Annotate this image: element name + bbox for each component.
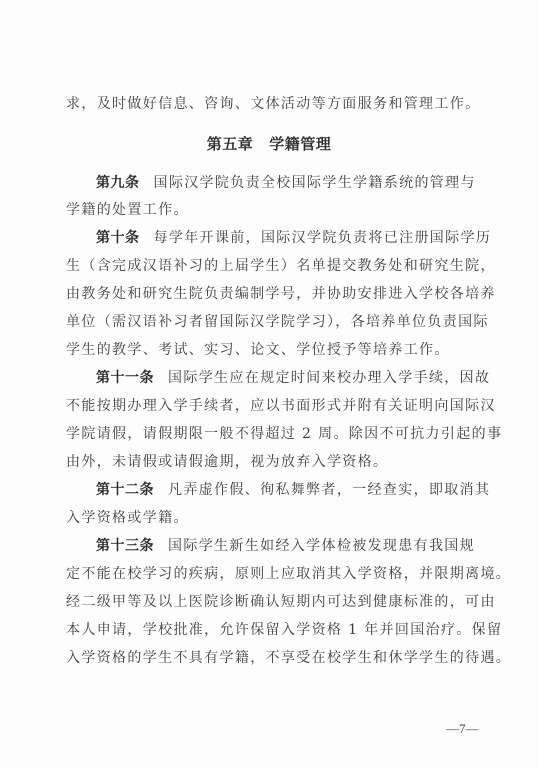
article-13-line-3: 经二级甲等及以上医院诊断确认短期内可达到健康标准的，可由: [66, 591, 476, 613]
article-9-line-2: 学籍的处置工作。: [66, 199, 476, 221]
article-10-line-4: 单位（需汉语补习者留国际汉学院学习），各培养单位负责国际: [66, 311, 476, 333]
article-text: 国际学生新生如经入学体检被发现患有我国规: [168, 538, 475, 554]
chapter-number: 第五章: [207, 135, 254, 153]
article-10-line-2: 生（含完成汉语补习的上届学生）名单提交教务处和研究生院，: [66, 255, 476, 277]
article-12-line-2: 入学资格或学籍。: [66, 507, 476, 529]
paragraph-continuation-line: 求，及时做好信息、咨询、文体活动等方面服务和管理工作。: [66, 93, 476, 115]
article-13-line-5: 入学资格的学生不具有学籍，不享受在校学生和休学学生的待遇。: [66, 647, 476, 669]
article-12-label: 第十二条: [96, 482, 154, 498]
article-11-line-4: 由外，未请假或请假逾期，视为放弃入学资格。: [66, 451, 476, 473]
article-text: 国际学生应在规定时间来校办理入学手续，因故: [168, 370, 490, 386]
article-11-line-2: 不能按期办理入学手续者，应以书面形式并附有关证明向国际汉: [66, 395, 476, 417]
article-10-line-5: 学生的教学、考试、实习、论文、学位授予等培养工作。: [66, 339, 476, 361]
article-13-label: 第十三条: [96, 538, 154, 554]
chapter-heading: 第五章学籍管理: [0, 133, 538, 155]
article-10-line-1: 第十条每学年开课前，国际汉学院负责将已注册国际学历: [96, 227, 506, 249]
article-text: 凡弄虚作假、徇私舞弊者，一经查实，即取消其: [168, 482, 490, 498]
article-13-line-2: 定不能在校学习的疾病，原则上应取消其入学资格，并限期离境。: [66, 563, 476, 585]
document-page: 求，及时做好信息、咨询、文体活动等方面服务和管理工作。 第五章学籍管理 第九条国…: [0, 0, 538, 768]
article-11-line-3: 学院请假，请假期限一般不得超过 2 周。除因不可抗力引起的事: [66, 423, 476, 445]
article-9-line-1: 第九条国际汉学院负责全校国际学生学籍系统的管理与: [96, 172, 506, 194]
article-text: 每学年开课前，国际汉学院负责将已注册国际学历: [154, 230, 492, 246]
article-10-label: 第十条: [96, 230, 140, 246]
article-10-line-3: 由教务处和研究生院负责编制学号，并协助安排进入学校各培养: [66, 283, 476, 305]
chapter-title: 学籍管理: [269, 135, 331, 153]
article-9-label: 第九条: [96, 175, 140, 191]
article-11-label: 第十一条: [96, 370, 154, 386]
article-text: 国际汉学院负责全校国际学生学籍系统的管理与: [154, 175, 476, 191]
article-11-line-1: 第十一条国际学生应在规定时间来校办理入学手续，因故: [96, 367, 506, 389]
article-12-line-1: 第十二条凡弄虚作假、徇私舞弊者，一经查实，即取消其: [96, 479, 506, 501]
article-13-line-1: 第十三条国际学生新生如经入学体检被发现患有我国规: [96, 535, 506, 557]
page-number: —7—: [446, 721, 479, 737]
article-13-line-4: 本人申请，学校批准，允许保留入学资格 1 年并回国治疗。保留: [66, 619, 476, 641]
